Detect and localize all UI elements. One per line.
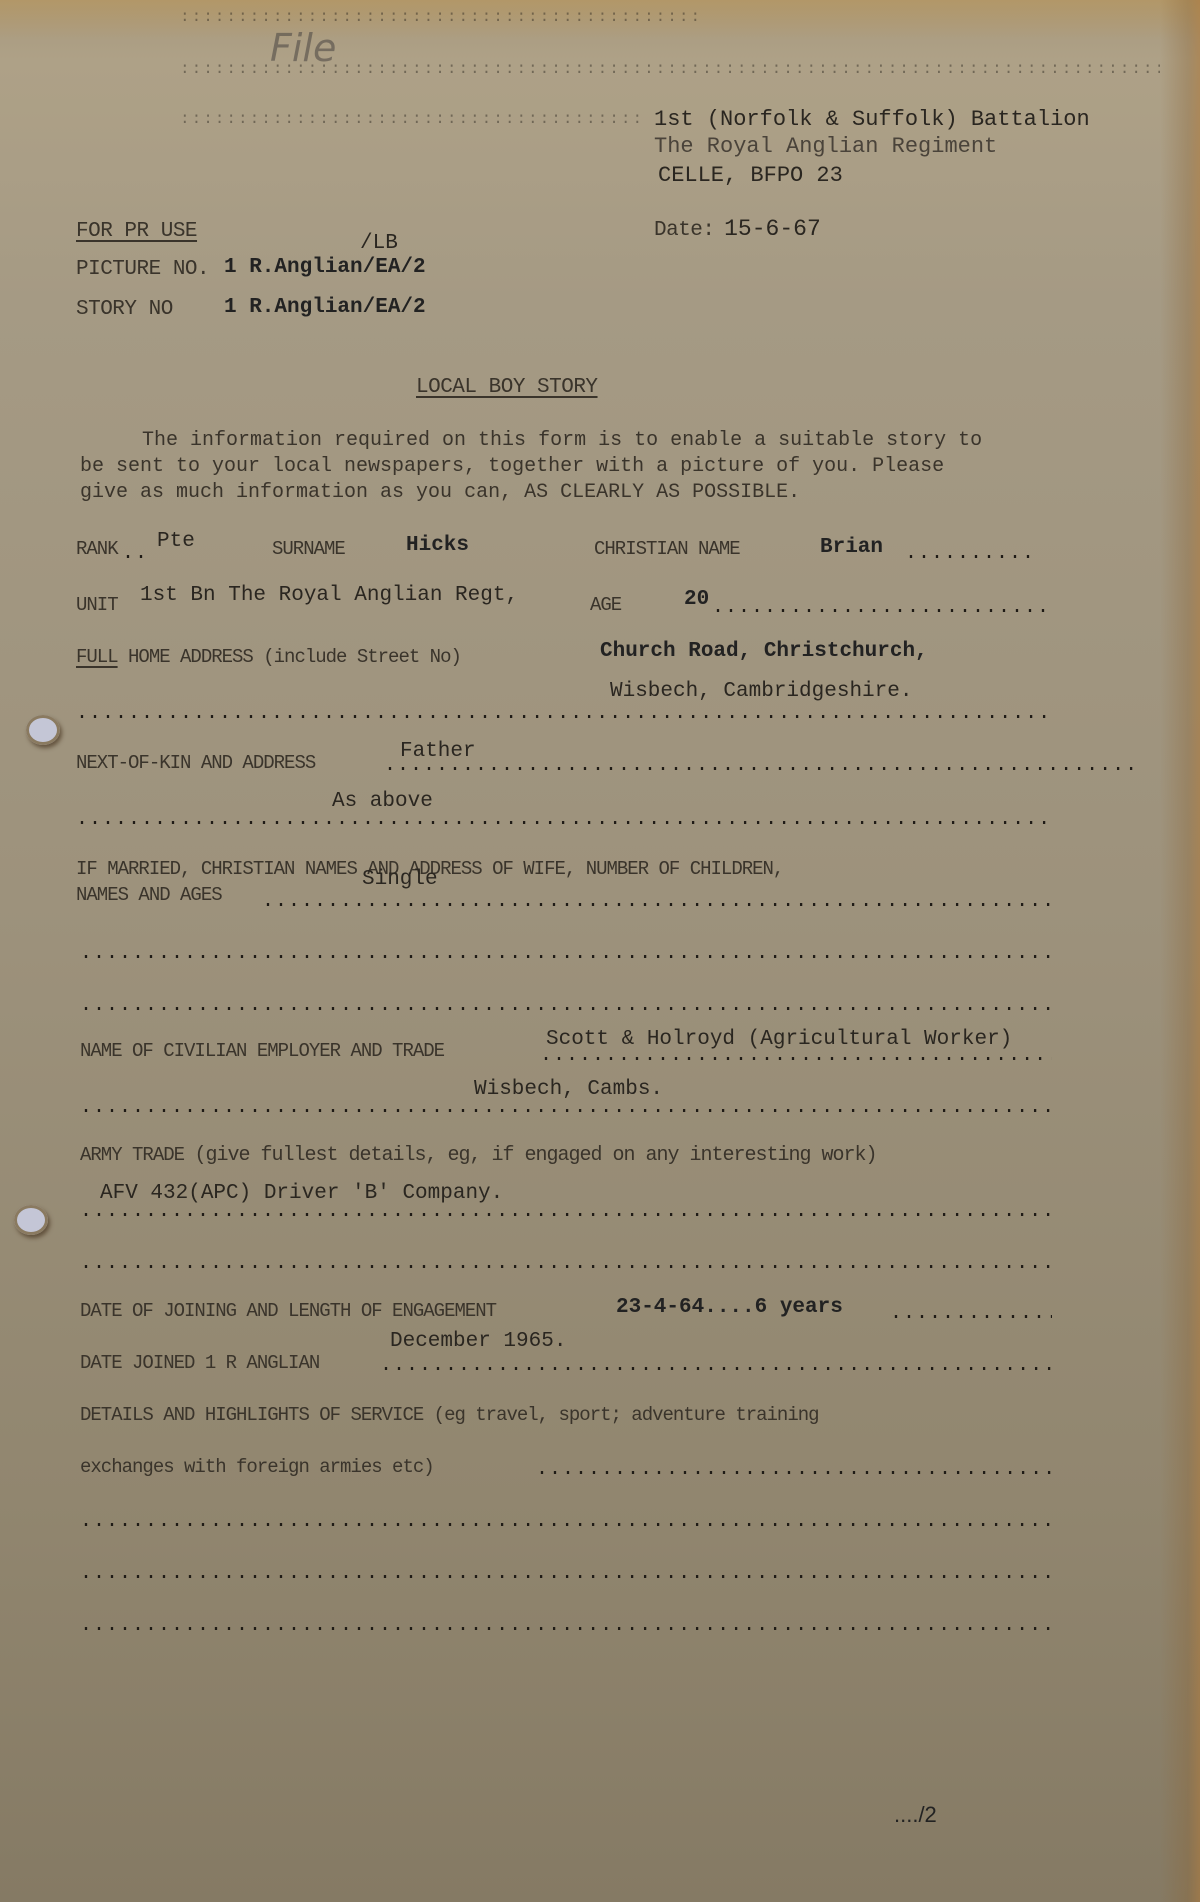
bleed-through-dots: ::::::::::::::::::::::::::::::::::::::::…: [180, 8, 700, 26]
next-of-kin-label: NEXT-OF-KIN AND ADDRESS: [76, 752, 315, 774]
service-details-label-line-2: exchanges with foreign armies etc): [80, 1456, 434, 1478]
dot-leader: ........................................…: [76, 808, 1052, 831]
dot-leader: ..........: [905, 542, 1050, 565]
dot-leader: ........................................…: [80, 1562, 1052, 1585]
age-label: AGE: [590, 594, 621, 616]
picture-no-value: 1 R.Anglian/EA/2: [224, 256, 426, 279]
surname-label: SURNAME: [272, 538, 345, 560]
dot-leader: .....................................: [712, 596, 1052, 619]
punch-hole: [14, 1205, 48, 1235]
unit-line-3: CELLE, BFPO 23: [658, 163, 843, 188]
dot-leader: ........................................…: [80, 994, 1052, 1017]
intro-line-1: The information required on this form is…: [142, 428, 982, 454]
home-address-label: FULL HOME ADDRESS (include Street No): [76, 646, 461, 668]
paper-edge: [1160, 0, 1200, 1902]
married-value[interactable]: Single: [362, 868, 438, 891]
unit-label: UNIT: [76, 594, 118, 616]
surname-value[interactable]: Hicks: [406, 534, 469, 557]
pencil-annotation: File: [270, 26, 336, 70]
dot-leader: ........................................…: [540, 1044, 1052, 1067]
unit-line-1: 1st (Norfolk & Suffolk) Battalion: [654, 107, 1090, 132]
dot-leader: ........................................…: [80, 1096, 1052, 1119]
christian-name-label: CHRISTIAN NAME: [594, 538, 740, 560]
date-joined-r-anglian-label: DATE JOINED 1 R ANGLIAN: [80, 1352, 319, 1374]
form-title: LOCAL BOY STORY: [416, 376, 598, 399]
dot-leader: ................: [890, 1302, 1052, 1325]
home-address-line-2[interactable]: Wisbech, Cambridgeshire.: [610, 680, 912, 703]
dot-leader: ........................................…: [80, 1614, 1052, 1637]
punch-hole: [26, 715, 60, 745]
christian-name-value[interactable]: Brian: [820, 536, 883, 559]
date-row: Date: 15-6-67: [654, 216, 821, 242]
intro-line-2: be sent to your local newspapers, togeth…: [80, 454, 944, 480]
intro-line-3: give as much information as you can, AS …: [80, 480, 800, 506]
picture-no-annotation: /LB: [360, 232, 398, 255]
bleed-through-dots: ::::::::::::::::::::::::::::::::::::::::…: [180, 110, 640, 128]
army-trade-label: ARMY TRADE (give fullest details, eg, if…: [80, 1144, 877, 1167]
date-value: 15-6-67: [724, 216, 821, 242]
service-details-label-line-1: DETAILS AND HIGHLIGHTS OF SERVICE (eg tr…: [80, 1404, 819, 1426]
date-of-joining-value[interactable]: 23-4-64....6 years: [616, 1296, 843, 1319]
dot-leader: ........................................…: [380, 1354, 1052, 1377]
picture-no-label: PICTURE NO.: [76, 258, 209, 281]
date-joined-r-anglian-value[interactable]: December 1965.: [390, 1330, 566, 1353]
unit-value[interactable]: 1st Bn The Royal Anglian Regt,: [140, 584, 518, 607]
dot-leader: ........................................…: [384, 754, 1134, 777]
civilian-employer-label: NAME OF CIVILIAN EMPLOYER AND TRADE: [80, 1040, 444, 1062]
story-no-value: 1 R.Anglian/EA/2: [224, 296, 426, 319]
story-no-label: STORY NO: [76, 298, 173, 321]
dot-leader: ......: [122, 542, 152, 565]
dot-leader: ........................................…: [80, 1252, 1052, 1275]
home-address-label-emph: FULL: [76, 646, 118, 668]
date-label: Date:: [654, 219, 715, 242]
dot-leader: ........................................…: [80, 1510, 1052, 1533]
rank-value[interactable]: Pte: [157, 530, 195, 553]
continuation-marker: ..../2: [894, 1802, 937, 1828]
married-label-line-2: NAMES AND AGES: [76, 884, 222, 906]
date-of-joining-label: DATE OF JOINING AND LENGTH OF ENGAGEMENT: [80, 1300, 496, 1322]
dot-leader: ........................................…: [80, 1200, 1052, 1223]
rank-label: RANK: [76, 538, 118, 560]
dot-leader: ........................................…: [536, 1458, 1052, 1481]
dot-leader: ........................................…: [262, 890, 1052, 913]
dot-leader: ........................................…: [76, 702, 1052, 725]
home-address-line-1[interactable]: Church Road, Christchurch,: [600, 640, 928, 663]
unit-line-2: The Royal Anglian Regiment: [654, 134, 997, 159]
dot-leader: ........................................…: [80, 942, 1052, 965]
age-value[interactable]: 20: [684, 588, 709, 611]
pr-use-heading: FOR PR USE: [76, 220, 197, 243]
